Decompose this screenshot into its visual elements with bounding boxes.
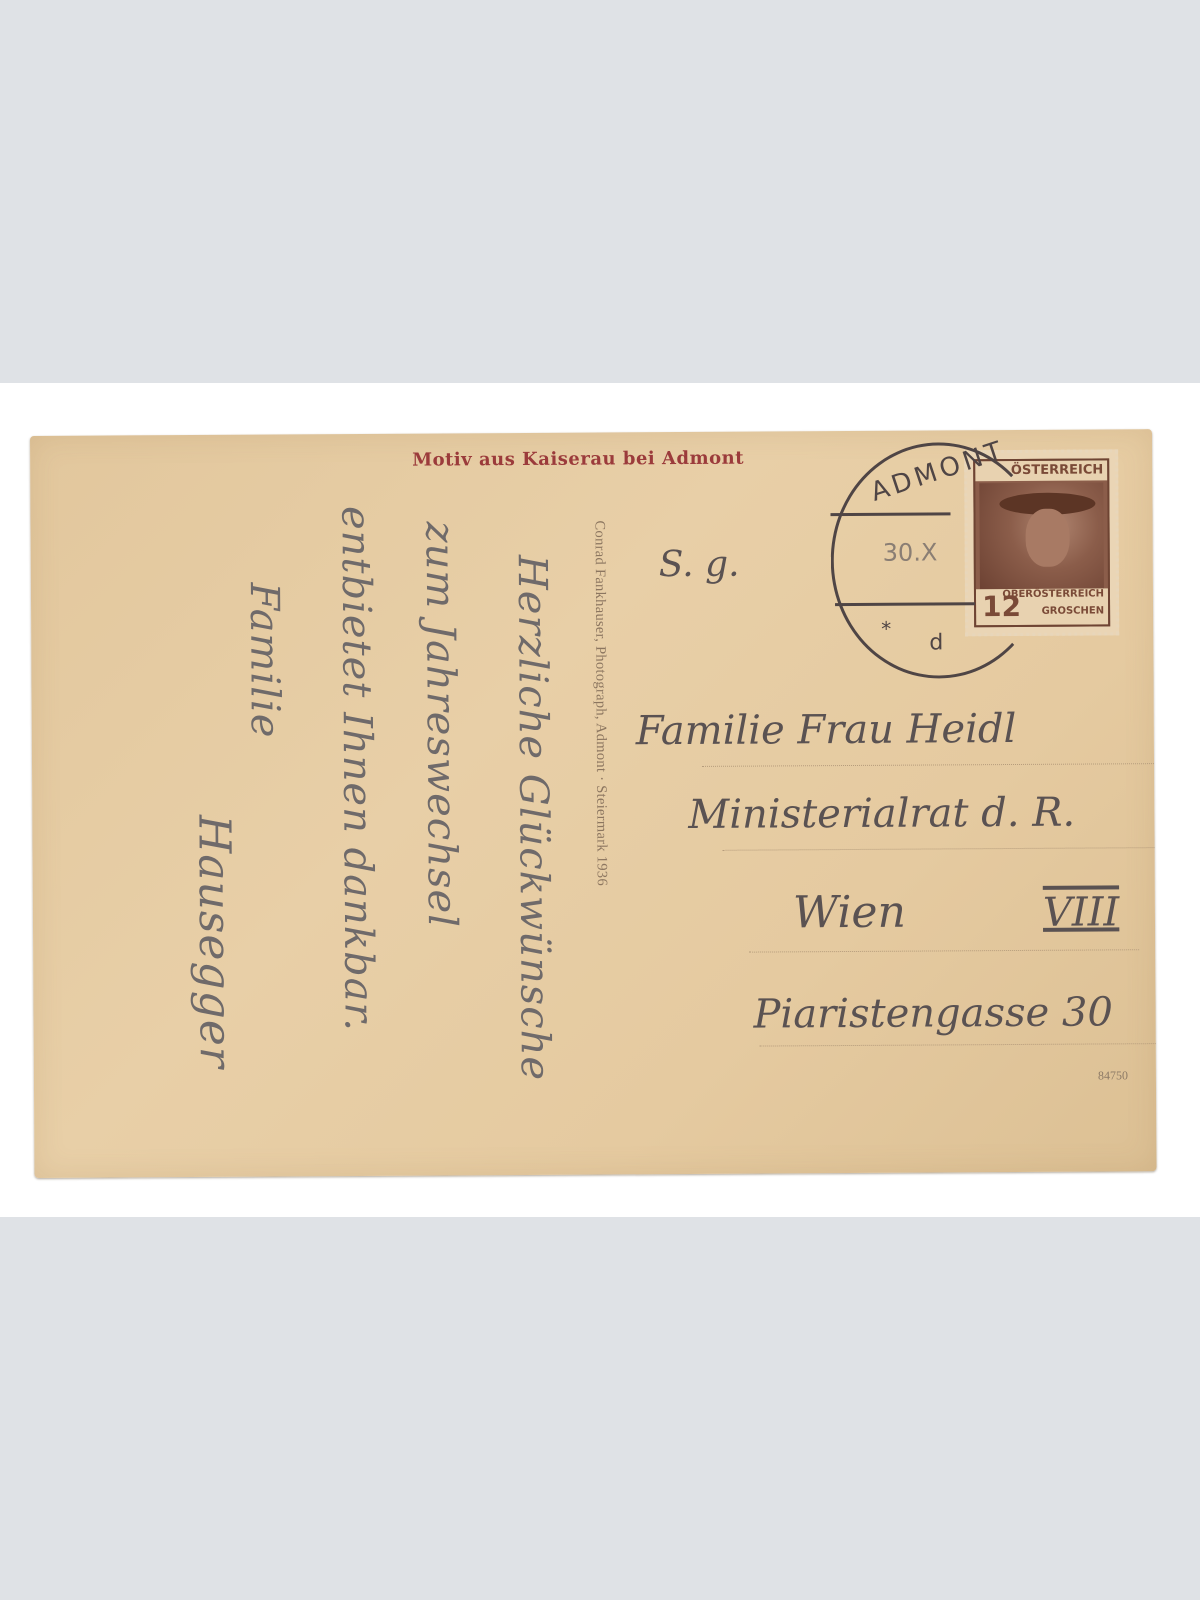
publisher-imprint: Conrad Fankhauser, Photograph, Admont · …: [591, 520, 610, 886]
address-rule-3: [749, 949, 1139, 952]
address-line-2: Ministerialrat d. R.: [688, 790, 1075, 838]
signature: Hausegger: [188, 815, 241, 1069]
postmark-letter: d: [929, 630, 943, 655]
postmark-star-icon: *: [881, 617, 891, 641]
message-line-2: zum Jahreswechsel: [417, 521, 465, 928]
message-line-3: entbietet Ihnen dankbar.: [332, 506, 381, 1032]
address-salutation: S. g.: [659, 544, 740, 585]
message-line-1: Herzliche Glückwünsche: [509, 555, 558, 1081]
address-district: VIII: [1043, 889, 1120, 935]
postcard-caption: Motiv aus Kaiserau bei Admont: [412, 448, 744, 471]
address-line-1: Familie Frau Heidl: [636, 706, 1017, 754]
postcard: Motiv aus Kaiserau bei Admont Conrad Fan…: [30, 429, 1157, 1178]
address-line-4: Piaristengasse 30: [753, 989, 1113, 1037]
postmark-date: 30.X: [883, 538, 938, 566]
serial-number: 84750: [1098, 1068, 1128, 1083]
address-rule-2: [723, 847, 1155, 851]
message-line-4: Familie: [241, 582, 288, 738]
address-rule-1: [702, 763, 1154, 767]
address-city: Wien: [793, 887, 906, 939]
address-rule-4: [760, 1043, 1156, 1046]
